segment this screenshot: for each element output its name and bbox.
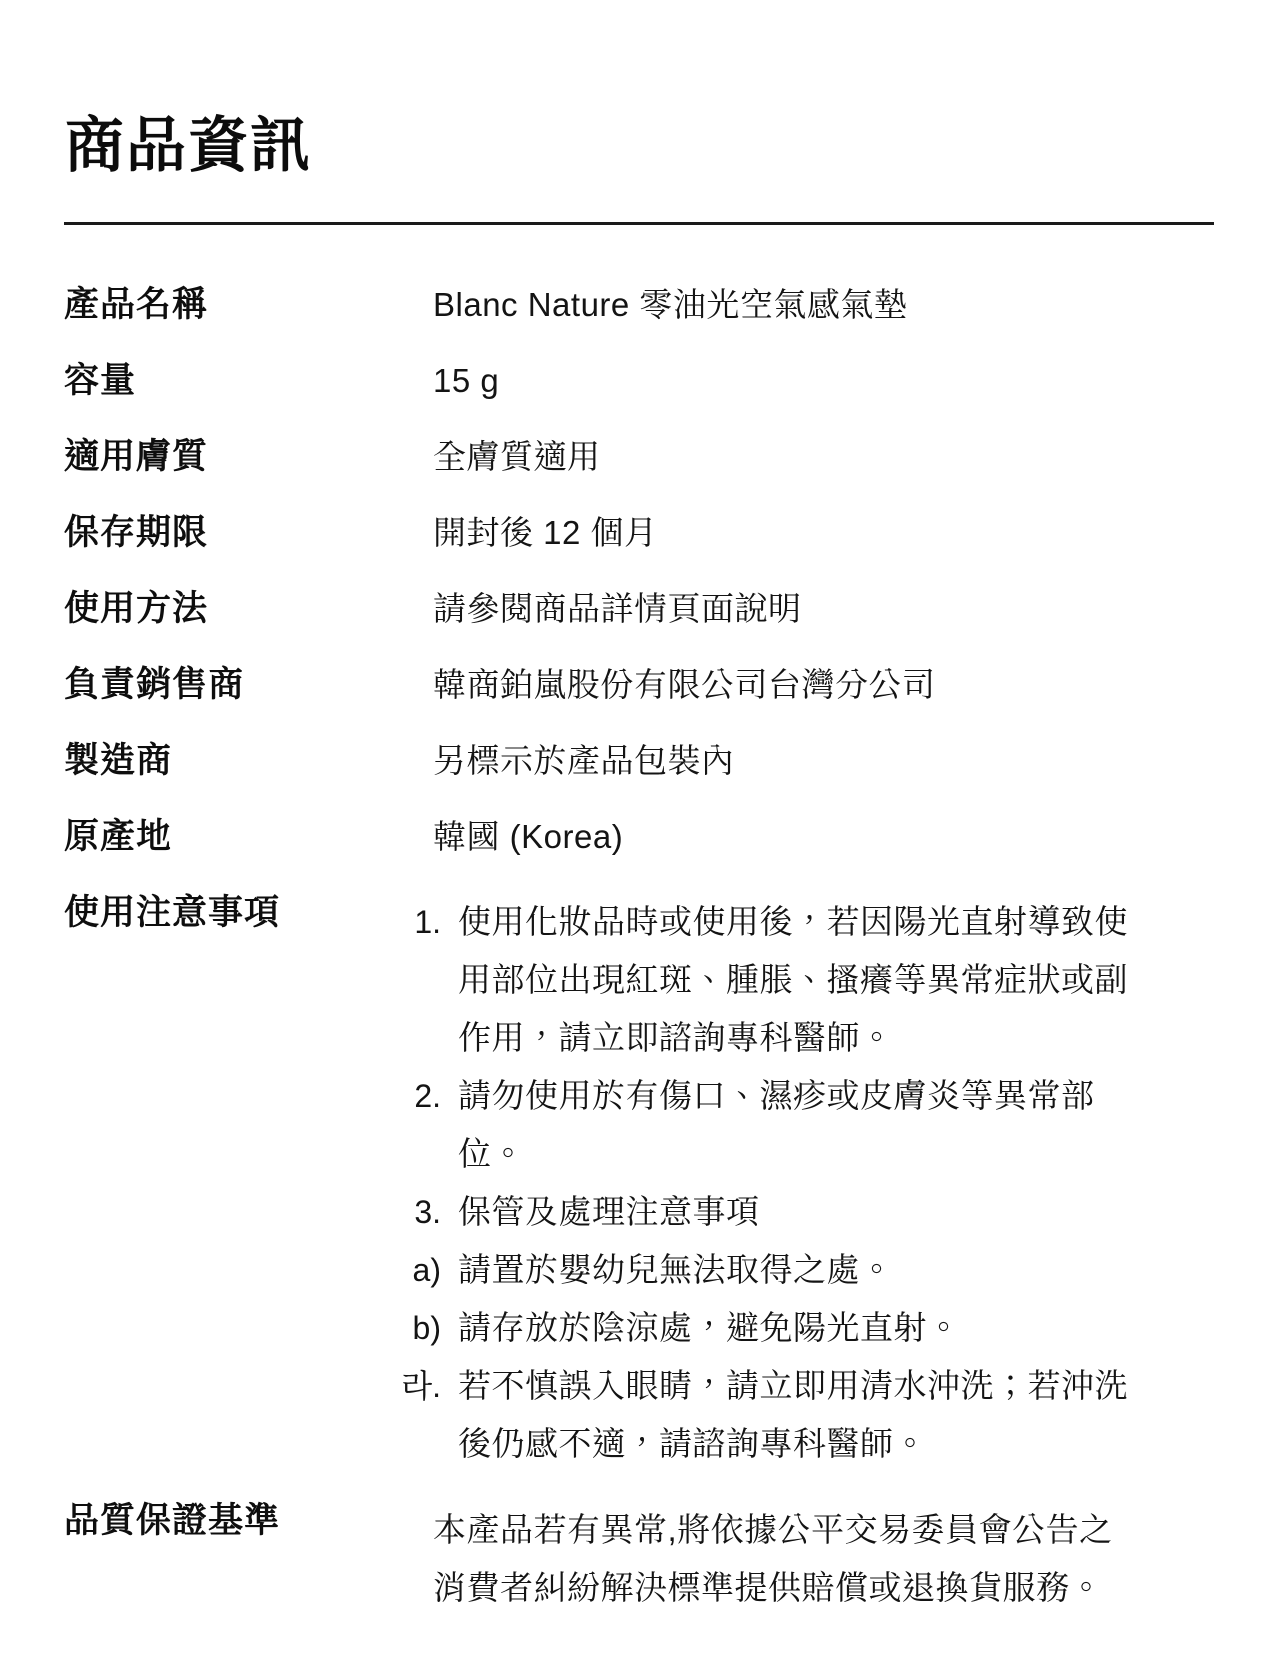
note-text: 請存放於陰涼處，避免陽光直射。: [458, 1299, 961, 1357]
note-marker: 2.: [369, 1067, 441, 1125]
note-item: 라. 若不慎誤入眼睛，請立即用清水沖洗；若沖洗後仍感不適，請諮詢專科醫師。: [369, 1357, 1214, 1473]
note-marker: a): [369, 1241, 441, 1299]
info-row-label: 使用注意事項: [64, 893, 369, 933]
info-row-value: 開封後 12 個月: [433, 513, 658, 553]
info-row-value: 韓商鉑嵐股份有限公司台灣分公司: [433, 665, 936, 705]
info-row-label: 適用膚質: [64, 437, 433, 477]
info-row-value: 15 g: [433, 361, 499, 401]
info-row-shelf-life: 保存期限 開封後 12 個月: [64, 513, 1214, 553]
quality-guarantee-row: 品質保證基準 本產品若有異常,將依據公平交易委員會公告之消費者糾紛解決標準提供賠…: [64, 1501, 1214, 1617]
info-row-value: 本產品若有異常,將依據公平交易委員會公告之消費者糾紛解決標準提供賠償或退換貨服務…: [433, 1501, 1133, 1617]
note-text: 請勿使用於有傷口、濕疹或皮膚炎等異常部位。: [458, 1067, 1153, 1183]
product-info-table: 產品名稱 Blanc Nature 零油光空氣感氣墊 容量 15 g 適用膚質 …: [64, 285, 1214, 1617]
product-info-page: 商品資訊 產品名稱 Blanc Nature 零油光空氣感氣墊 容量 15 g …: [0, 0, 1280, 1666]
note-text: 若不慎誤入眼睛，請立即用清水沖洗；若沖洗後仍感不適，請諮詢專科醫師。: [458, 1357, 1153, 1473]
info-row-label: 品質保證基準: [64, 1501, 433, 1541]
info-row-label: 保存期限: [64, 513, 433, 553]
info-row-label: 負責銷售商: [64, 665, 433, 705]
info-row-skin-type: 適用膚質 全膚質適用: [64, 437, 1214, 477]
note-item: 2. 請勿使用於有傷口、濕疹或皮膚炎等異常部位。: [369, 1067, 1214, 1183]
info-row-label: 製造商: [64, 741, 433, 781]
info-row-label: 原產地: [64, 817, 433, 857]
note-marker: 라.: [369, 1357, 441, 1415]
note-marker: 1.: [369, 893, 441, 951]
info-row-product-name: 產品名稱 Blanc Nature 零油光空氣感氣墊: [64, 285, 1214, 325]
info-row-usage-method: 使用方法 請參閱商品詳情頁面說明: [64, 589, 1214, 629]
info-row-label: 產品名稱: [64, 285, 433, 325]
info-row-value: 另標示於產品包裝內: [433, 741, 735, 781]
note-text: 請置於嬰幼兒無法取得之處。: [458, 1241, 894, 1299]
info-row-manufacturer: 製造商 另標示於產品包裝內: [64, 741, 1214, 781]
info-row-seller: 負責銷售商 韓商鉑嵐股份有限公司台灣分公司: [64, 665, 1214, 705]
note-item: 3. 保管及處理注意事項: [369, 1183, 1214, 1241]
info-row-label: 使用方法: [64, 589, 433, 629]
usage-precautions-row: 使用注意事項 1. 使用化妝品時或使用後，若因陽光直射導致使用部位出現紅斑、腫脹…: [64, 893, 1214, 1473]
info-row-volume: 容量 15 g: [64, 361, 1214, 401]
info-row-value: Blanc Nature 零油光空氣感氣墊: [433, 285, 907, 325]
note-marker: b): [369, 1299, 441, 1357]
note-item: 1. 使用化妝品時或使用後，若因陽光直射導致使用部位出現紅斑、腫脹、搔癢等異常症…: [369, 893, 1214, 1067]
info-row-label: 容量: [64, 361, 433, 401]
info-row-value: 全膚質適用: [433, 437, 601, 477]
info-row-origin: 原產地 韓國 (Korea): [64, 817, 1214, 857]
info-row-value: 韓國 (Korea): [433, 817, 623, 857]
note-text: 使用化妝品時或使用後，若因陽光直射導致使用部位出現紅斑、腫脹、搔癢等異常症狀或副…: [458, 893, 1153, 1067]
page-title: 商品資訊: [64, 116, 1214, 176]
title-divider: [64, 222, 1214, 225]
note-marker: 3.: [369, 1183, 441, 1241]
info-row-value: 請參閱商品詳情頁面說明: [433, 589, 802, 629]
note-item: b) 請存放於陰涼處，避免陽光直射。: [369, 1299, 1214, 1357]
note-text: 保管及處理注意事項: [458, 1183, 760, 1241]
note-item: a) 請置於嬰幼兒無法取得之處。: [369, 1241, 1214, 1299]
usage-precautions-list: 1. 使用化妝品時或使用後，若因陽光直射導致使用部位出現紅斑、腫脹、搔癢等異常症…: [369, 893, 1214, 1473]
